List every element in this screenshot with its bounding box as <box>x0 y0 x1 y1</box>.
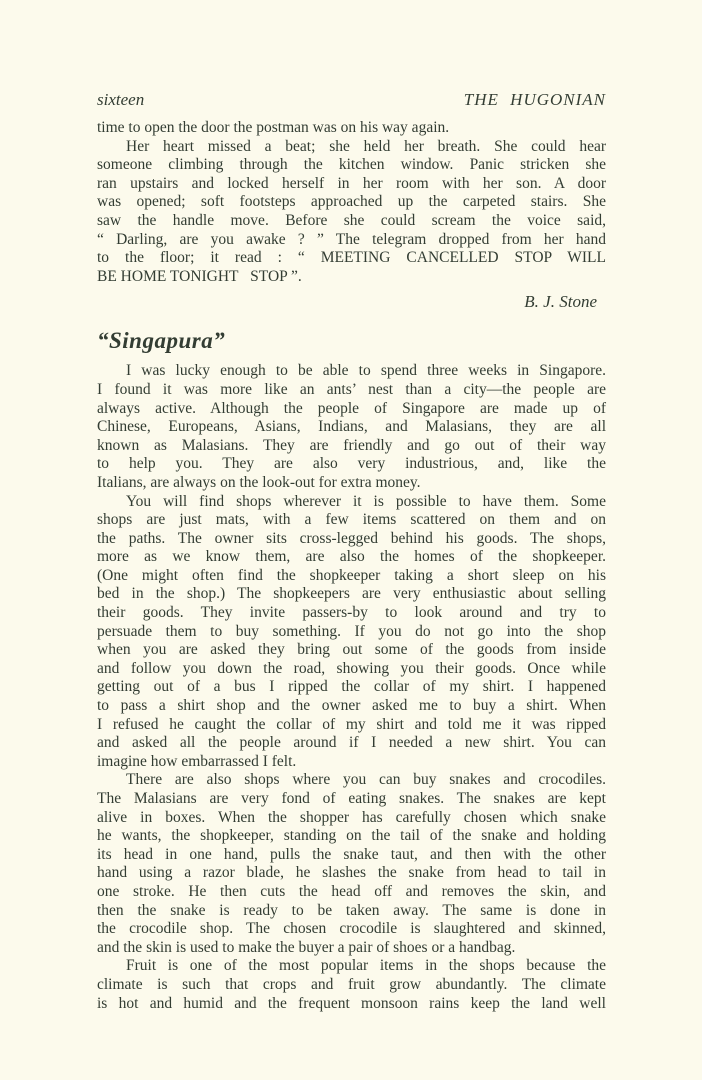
text-line: known as Malasians. They are friendly an… <box>97 437 606 456</box>
text-line: its head in one hand, pulls the snake ta… <box>97 846 606 865</box>
text-line: he wants, the shopkeeper, standing on th… <box>97 827 606 846</box>
paragraph: time to open the door the postman was on… <box>97 119 606 138</box>
text-line: Her heart missed a beat; she held her br… <box>97 138 606 157</box>
text-line: There are also shops where you can buy s… <box>97 771 606 790</box>
text-line: You will find shops wherever it is possi… <box>97 493 606 512</box>
journal-title: THE HUGONIAN <box>464 90 606 110</box>
article-title: “Singapura” <box>97 325 606 356</box>
byline: B. J. Stone <box>97 292 606 311</box>
text-line: I refused he caught the collar of my shi… <box>97 716 606 735</box>
text-line: Chinese, Europeans, Asians, Indians, and… <box>97 418 606 437</box>
text-line: shops are just mats, with a few items sc… <box>97 511 606 530</box>
text-line: bed in the shop.) The shopkeepers are ve… <box>97 585 606 604</box>
text-line: one stroke. He then cuts the head off an… <box>97 883 606 902</box>
text-line: ran upstairs and locked herself in her r… <box>97 175 606 194</box>
text-line: to pass a shirt shop and the owner asked… <box>97 697 606 716</box>
page-body: time to open the door the postman was on… <box>97 119 606 1013</box>
text-line: always active. Although the people of Si… <box>97 400 606 419</box>
text-line: and follow you down the road, showing yo… <box>97 660 606 679</box>
text-line: BE HOME TONIGHT STOP ”. <box>97 268 606 287</box>
paragraph: Fruit is one of the most popular items i… <box>97 957 606 1013</box>
text-line: to help you. They are also very industri… <box>97 455 606 474</box>
text-line: and the skin is used to make the buyer a… <box>97 939 606 958</box>
text-line: imagine how embarrassed I felt. <box>97 753 606 772</box>
text-line: Fruit is one of the most popular items i… <box>97 957 606 976</box>
text-line: more as we know them, are also the homes… <box>97 548 606 567</box>
text-line: time to open the door the postman was on… <box>97 119 606 138</box>
text-line: persuade them to buy something. If you d… <box>97 623 606 642</box>
paragraph: Her heart missed a beat; she held her br… <box>97 138 606 287</box>
text-line: saw the handle move. Before she could sc… <box>97 212 606 231</box>
text-line: (One might often find the shopkeeper tak… <box>97 567 606 586</box>
text-line: The Malasians are very fond of eating sn… <box>97 790 606 809</box>
text-line: alive in boxes. When the shopper has car… <box>97 809 606 828</box>
text-line: was opened; soft footsteps approached up… <box>97 193 606 212</box>
page-header: sixteen THE HUGONIAN <box>97 90 606 110</box>
text-line: to the floor; it read : “ MEETING CANCEL… <box>97 249 606 268</box>
text-line: their goods. They invite passers-by to l… <box>97 604 606 623</box>
paragraph: You will find shops wherever it is possi… <box>97 493 606 772</box>
paragraph: There are also shops where you can buy s… <box>97 771 606 957</box>
article-body: I was lucky enough to be able to spend t… <box>97 362 606 1013</box>
text-line: the paths. The owner sits cross-legged b… <box>97 530 606 549</box>
story-continuation: time to open the door the postman was on… <box>97 119 606 286</box>
text-line: and asked all the people around if I nee… <box>97 734 606 753</box>
paragraph: I was lucky enough to be able to spend t… <box>97 362 606 492</box>
page: sixteen THE HUGONIAN time to open the do… <box>0 0 702 1080</box>
text-line: getting out of a bus I ripped the collar… <box>97 678 606 697</box>
page-number: sixteen <box>97 90 144 110</box>
text-line: Italians, are always on the look-out for… <box>97 474 606 493</box>
text-line: someone climbing through the kitchen win… <box>97 156 606 175</box>
text-line: I found it was more like an ants’ nest t… <box>97 381 606 400</box>
text-line: hand using a razor blade, he slashes the… <box>97 864 606 883</box>
text-line: climate is such that crops and fruit gro… <box>97 976 606 995</box>
text-line: is hot and humid and the frequent monsoo… <box>97 995 606 1014</box>
text-line: then the snake is ready to be taken away… <box>97 902 606 921</box>
text-line: the crocodile shop. The chosen crocodile… <box>97 920 606 939</box>
text-line: I was lucky enough to be able to spend t… <box>97 362 606 381</box>
text-line: “ Darling, are you awake ? ” The telegra… <box>97 231 606 250</box>
text-line: when you are asked they bring out some o… <box>97 641 606 660</box>
